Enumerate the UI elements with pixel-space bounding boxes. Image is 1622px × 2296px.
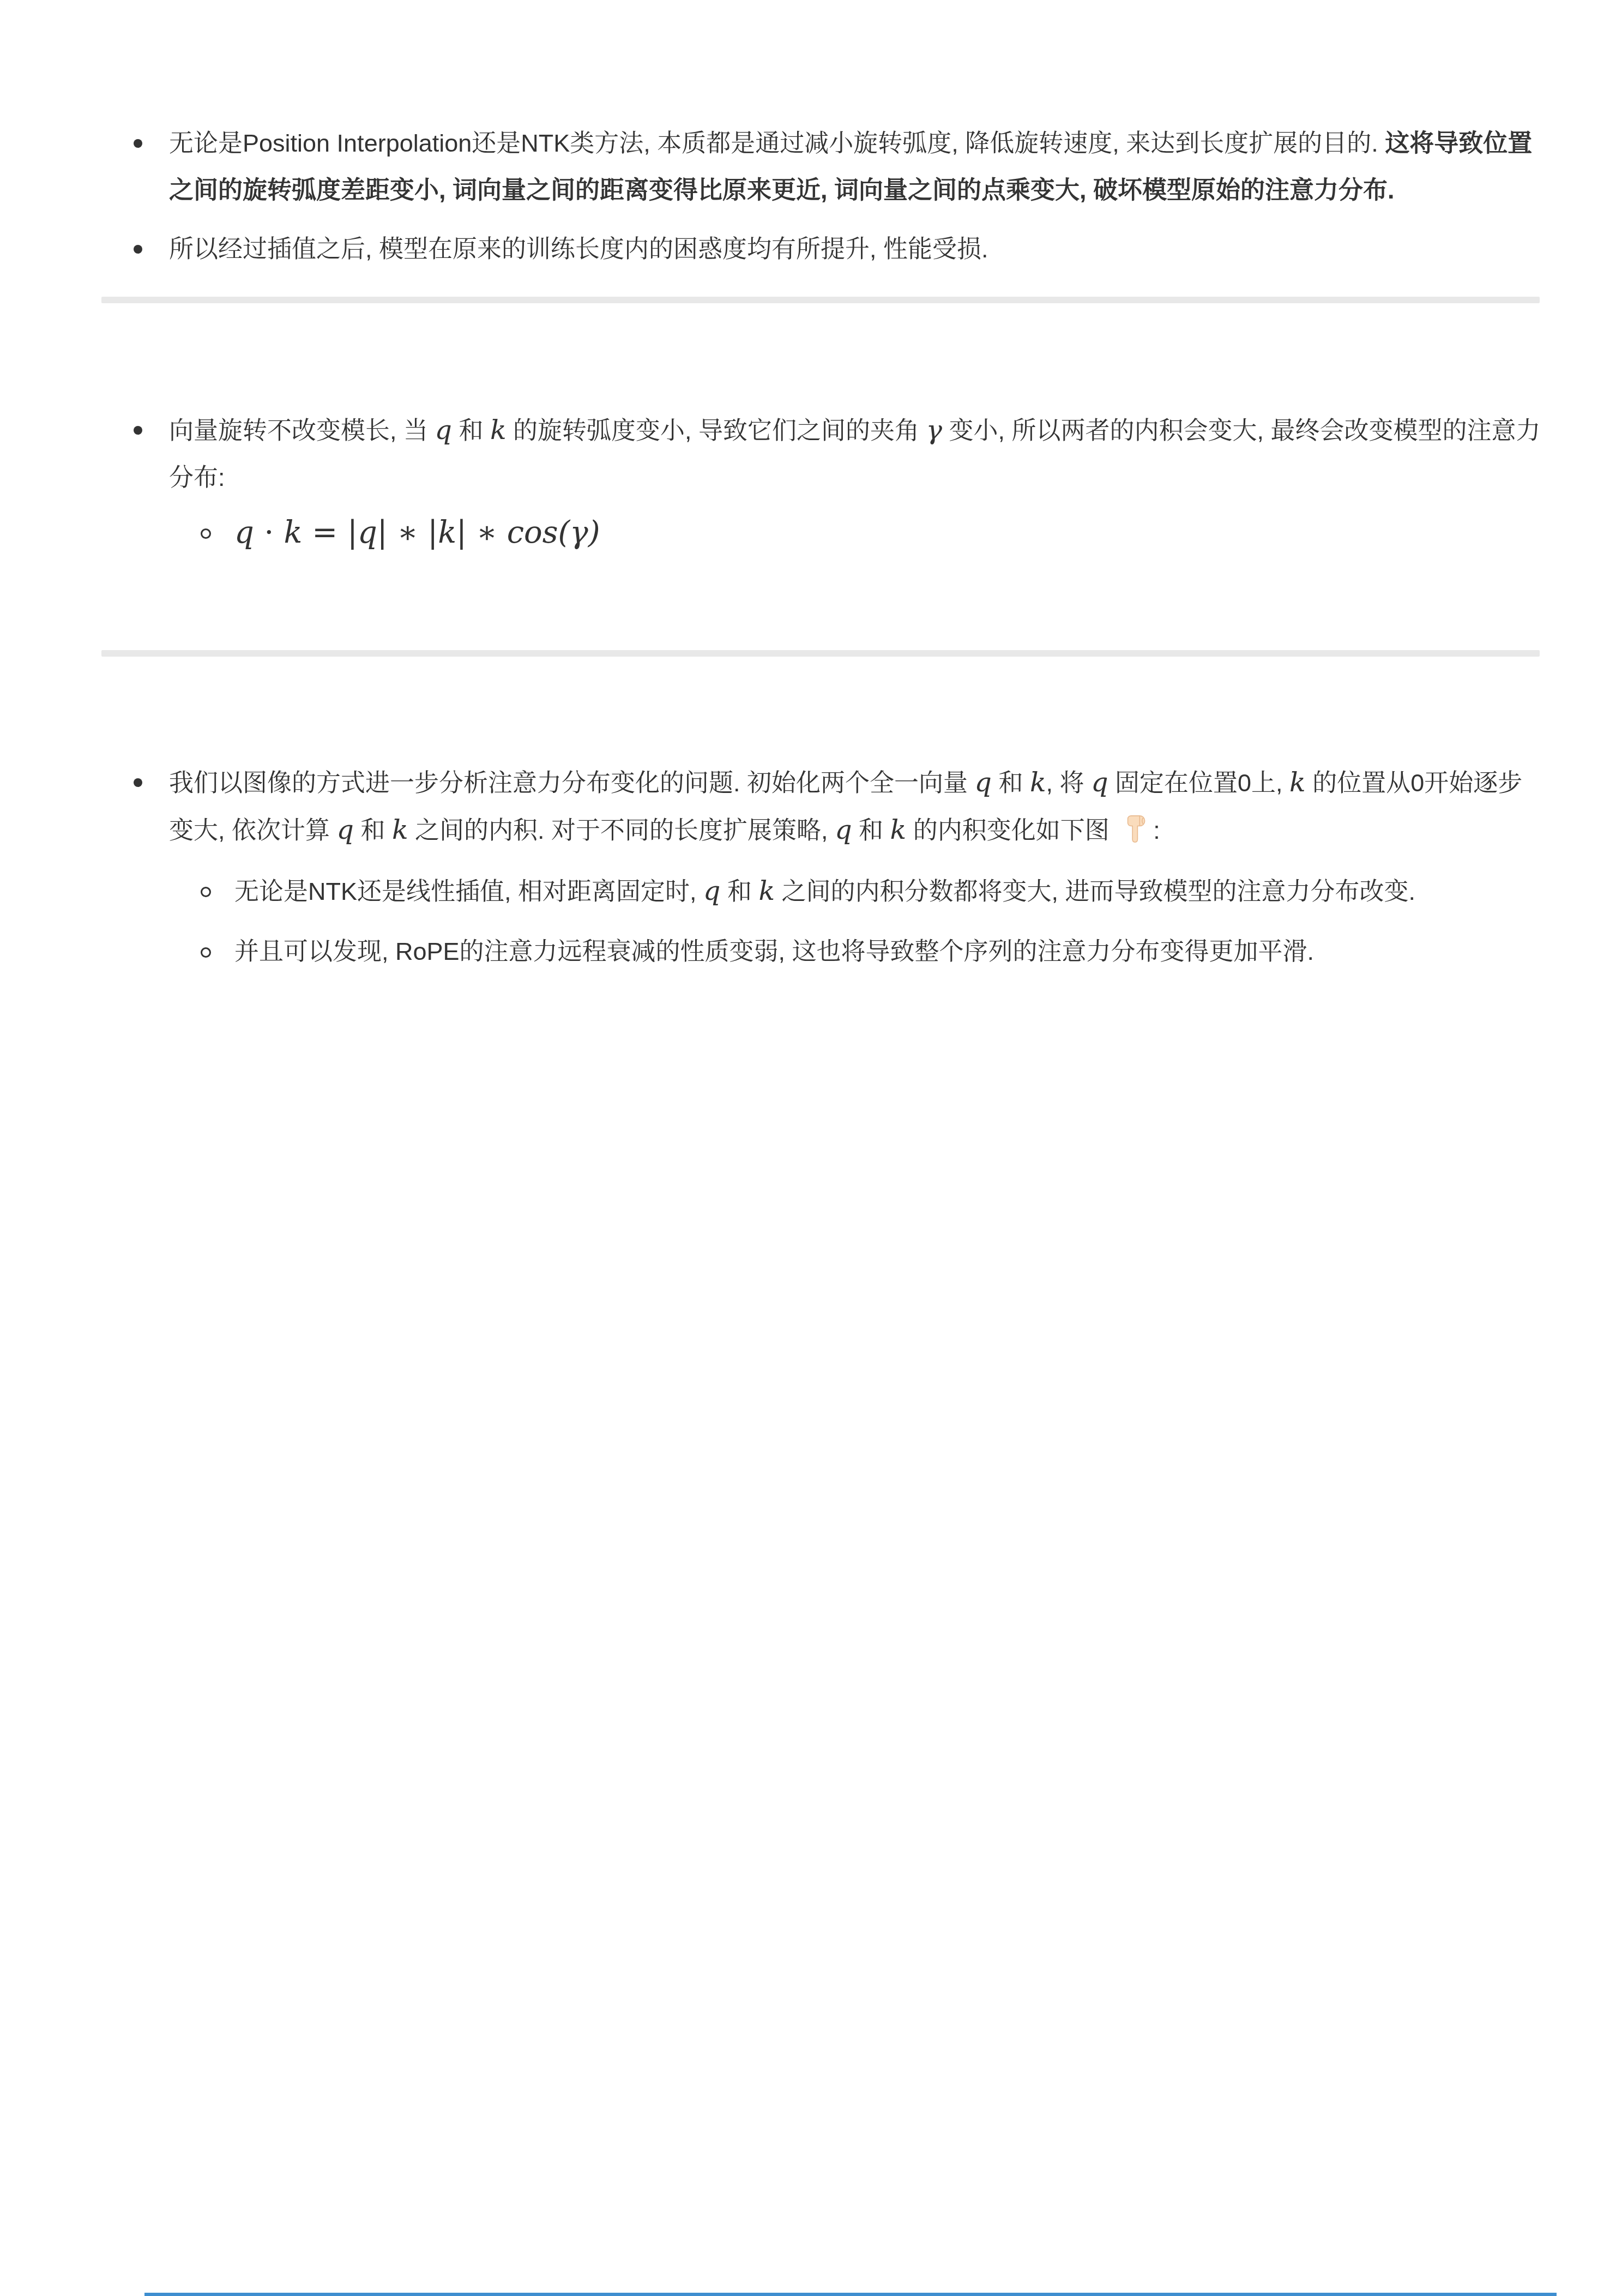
text-run: 并且可以发现, RoPE的注意力远程衰减的性质变弱, 这也将导致整个序列的注意力… — [234, 937, 1314, 965]
text-run: 向量旋转不改变模长, 当 — [169, 417, 435, 444]
text-run: 和 — [992, 769, 1030, 797]
text-run: 和 — [720, 877, 758, 905]
bullet-dot-icon — [134, 778, 142, 787]
text-run: 的内积变化如下图 — [906, 816, 1116, 844]
bullet-item: 所以经过插值之后, 模型在原来的训练长度内的困惑度均有所提升, 性能受损. — [0, 226, 1543, 273]
math-formula: q ⋅ k = |q| ∗ |k| ∗ cos(γ) — [234, 515, 600, 550]
bullet-dot-icon — [134, 139, 142, 148]
inline-math-k: k — [1030, 767, 1046, 798]
text-run: 之间的内积分数都将变大, 进而导致模型的注意力分布改变. — [775, 877, 1415, 905]
bullet-text: 我们以图像的方式进一步分析注意力分布变化的问题. 初始化两个全一向量 q 和 k… — [169, 769, 1522, 844]
sub-bullet-text: 并且可以发现, RoPE的注意力远程衰减的性质变弱, 这也将导致整个序列的注意力… — [234, 937, 1314, 965]
document-page: 无论是Position Interpolation还是NTK类方法, 本质都是通… — [0, 0, 1622, 2296]
inline-math-k: k — [758, 875, 775, 906]
inline-math-k: k — [890, 814, 907, 845]
inline-math-k: k — [1289, 767, 1306, 798]
sub-bullet-circle-icon — [201, 887, 211, 897]
sub-bullet-item: 无论是NTK还是线性插值, 相对距离固定时, q 和 k 之间的内积分数都将变大… — [0, 868, 1543, 915]
bullet-dot-icon — [134, 426, 142, 435]
sub-bullet-item: 并且可以发现, RoPE的注意力远程衰减的性质变弱, 这也将导致整个序列的注意力… — [0, 928, 1543, 975]
divider — [101, 650, 1540, 657]
divider — [101, 297, 1540, 303]
text-run: 我们以图像的方式进一步分析注意力分布变化的问题. 初始化两个全一向量 — [169, 769, 975, 797]
text-run: : — [1153, 816, 1160, 844]
inline-math-q: q — [435, 414, 452, 446]
text-run: 和 — [452, 417, 490, 444]
inline-math-q: q — [835, 814, 852, 845]
sub-bullet-circle-icon — [201, 528, 211, 539]
text-run: 无论是Position Interpolation还是NTK类方法, 本质都是通… — [169, 129, 1385, 157]
inline-math-k: k — [392, 814, 408, 845]
formula-text: q ⋅ k = |q| ∗ |k| ∗ cos(γ) — [234, 516, 600, 549]
inline-math-q: q — [1091, 767, 1108, 798]
bullet-text: 无论是Position Interpolation还是NTK类方法, 本质都是通… — [169, 129, 1532, 204]
inline-math-q: q — [975, 767, 992, 798]
text-run: 所以经过插值之后, 模型在原来的训练长度内的困惑度均有所提升, 性能受损. — [169, 235, 988, 263]
inline-math-q: q — [337, 814, 354, 845]
sub-bullet-text: 无论是NTK还是线性插值, 相对距离固定时, q 和 k 之间的内积分数都将变大… — [234, 877, 1415, 905]
text-run: , 将 — [1046, 769, 1092, 797]
inline-math-gamma: γ — [926, 414, 942, 446]
sub-bullet-circle-icon — [201, 947, 211, 958]
bullet-dot-icon — [134, 245, 142, 254]
bullet-item: 向量旋转不改变模长, 当 q 和 k 的旋转弧度变小, 导致它们之间的夹角 γ … — [0, 407, 1543, 501]
pointing-down-emoji-icon — [1119, 814, 1150, 844]
bullet-item: 我们以图像的方式进一步分析注意力分布变化的问题. 初始化两个全一向量 q 和 k… — [0, 759, 1543, 854]
text-run: 之间的内积. 对于不同的长度扩展策略, — [408, 816, 835, 844]
bullet-text: 向量旋转不改变模长, 当 q 和 k 的旋转弧度变小, 导致它们之间的夹角 γ … — [169, 417, 1540, 491]
cropped-figure-top-edge — [144, 2293, 1557, 2296]
text-run: 和 — [852, 816, 890, 844]
text-run: 无论是NTK还是线性插值, 相对距离固定时, — [234, 877, 703, 905]
inline-math-q: q — [703, 875, 720, 906]
text-run: 的旋转弧度变小, 导致它们之间的夹角 — [507, 417, 926, 444]
bullet-text: 所以经过插值之后, 模型在原来的训练长度内的困惑度均有所提升, 性能受损. — [169, 235, 988, 263]
inline-math-k: k — [490, 414, 507, 446]
bullet-item: 无论是Position Interpolation还是NTK类方法, 本质都是通… — [0, 120, 1543, 214]
sub-bullet-item: q ⋅ k = |q| ∗ |k| ∗ cos(γ) — [0, 506, 1543, 560]
text-run: 和 — [354, 816, 392, 844]
text-run: 固定在位置0上, — [1108, 769, 1290, 797]
document-content: 无论是Position Interpolation还是NTK类方法, 本质都是通… — [0, 0, 1622, 975]
